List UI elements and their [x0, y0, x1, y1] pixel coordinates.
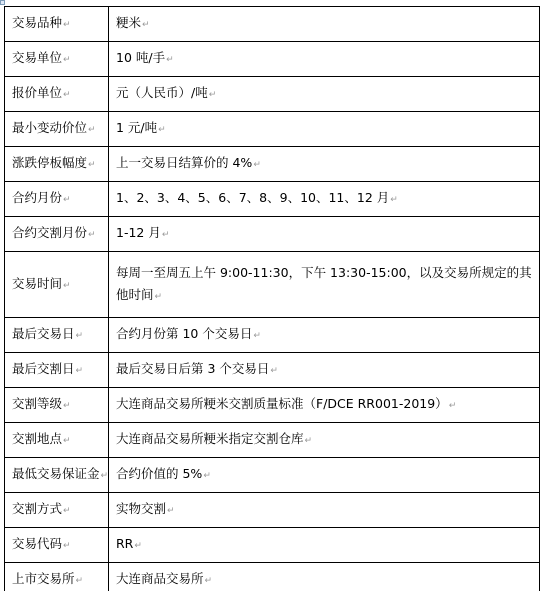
paragraph-mark-icon: ↵	[63, 55, 71, 65]
row-value: 上一交易日结算价的 4%	[116, 155, 252, 170]
row-value-cell: 上一交易日结算价的 4%↵	[109, 147, 540, 182]
table-row: 涨跌停板幅度↵ 上一交易日结算价的 4%↵	[5, 147, 540, 182]
table-row: 合约交割月份↵ 1-12 月↵	[5, 217, 540, 252]
table-row: 交割地点↵ 大连商品交易所粳米指定交割仓库↵	[5, 423, 540, 458]
paragraph-mark-icon: ↵	[88, 125, 96, 135]
paragraph-mark-icon: ↵	[142, 20, 150, 30]
row-label: 交易品种	[12, 15, 62, 30]
paragraph-mark-icon: ↵	[63, 90, 71, 100]
row-label: 交易代码	[12, 536, 62, 551]
paragraph-mark-icon: ↵	[63, 401, 71, 411]
table-row: 交易时间↵ 每周一至周五上午 9:00-11:30，下午 13:30-15:00…	[5, 252, 540, 318]
row-label-cell: 报价单位↵	[5, 77, 109, 112]
row-label-cell: 交易时间↵	[5, 252, 109, 318]
table-row: 最低交易保证金↵ 合约价值的 5%↵	[5, 458, 540, 493]
paragraph-mark-icon: ↵	[101, 471, 109, 481]
row-label: 合约交割月份	[12, 225, 87, 240]
paragraph-mark-icon: ↵	[63, 506, 71, 516]
paragraph-mark-icon: ↵	[253, 160, 261, 170]
table-row: 交易代码↵ RR↵	[5, 528, 540, 563]
paragraph-mark-icon: ↵	[205, 576, 213, 586]
row-label-cell: 最后交割日↵	[5, 353, 109, 388]
paragraph-mark-icon: ↵	[134, 541, 142, 551]
row-value-cell: 合约价值的 5%↵	[109, 458, 540, 493]
row-label: 涨跌停板幅度	[12, 155, 87, 170]
row-label: 交易时间	[12, 276, 62, 291]
row-label: 最后交易日	[12, 326, 75, 341]
row-label-cell: 交割等级↵	[5, 388, 109, 423]
row-label-cell: 合约交割月份↵	[5, 217, 109, 252]
row-value-cell: 1-12 月↵	[109, 217, 540, 252]
row-value: 大连商品交易所	[116, 571, 204, 586]
row-value: RR	[116, 536, 133, 551]
paragraph-mark-icon: ↵	[166, 55, 174, 65]
row-value-cell: 粳米↵	[109, 7, 540, 42]
row-label-cell: 最低交易保证金↵	[5, 458, 109, 493]
paragraph-mark-icon: ↵	[76, 331, 84, 341]
row-label: 上市交易所	[12, 571, 75, 586]
table-row: 交易单位↵ 10 吨/手↵	[5, 42, 540, 77]
row-label-cell: 涨跌停板幅度↵	[5, 147, 109, 182]
row-label-cell: 交易代码↵	[5, 528, 109, 563]
row-label-cell: 上市交易所↵	[5, 563, 109, 591]
row-value-cell: 1、2、3、4、5、6、7、8、9、10、11、12 月↵	[109, 182, 540, 217]
row-value: 大连商品交易所粳米指定交割仓库	[116, 431, 304, 446]
paragraph-mark-icon: ↵	[158, 125, 166, 135]
paragraph-mark-icon: ↵	[390, 195, 398, 205]
row-value: 1 元/吨	[116, 120, 157, 135]
paragraph-mark-icon: ↵	[167, 506, 175, 516]
paragraph-mark-icon: ↵	[155, 292, 163, 302]
paragraph-mark-icon: ↵	[203, 471, 211, 481]
table-row: 报价单位↵ 元（人民币）/吨↵	[5, 77, 540, 112]
paragraph-mark-icon: ↵	[63, 195, 71, 205]
row-value: 10 吨/手	[116, 50, 165, 65]
paragraph-mark-icon: ↵	[63, 436, 71, 446]
row-label: 交割等级	[12, 396, 62, 411]
contract-spec-table: 交易品种↵ 粳米↵ 交易单位↵ 10 吨/手↵ 报价单位↵ 元（人民币）/吨↵ …	[4, 6, 540, 591]
row-value: 最后交易日后第 3 个交易日	[116, 361, 269, 376]
row-label-cell: 交割地点↵	[5, 423, 109, 458]
row-label-cell: 交割方式↵	[5, 493, 109, 528]
row-value-cell: 每周一至周五上午 9:00-11:30，下午 13:30-15:00，以及交易所…	[109, 252, 540, 318]
row-value-cell: 10 吨/手↵	[109, 42, 540, 77]
row-value: 1、2、3、4、5、6、7、8、9、10、11、12 月	[116, 190, 389, 205]
paragraph-mark-icon: ↵	[88, 230, 96, 240]
row-label: 最后交割日	[12, 361, 75, 376]
row-label: 交割方式	[12, 501, 62, 516]
row-value-cell: 最后交易日后第 3 个交易日↵	[109, 353, 540, 388]
table-row: 最后交割日↵ 最后交易日后第 3 个交易日↵	[5, 353, 540, 388]
row-label-cell: 合约月份↵	[5, 182, 109, 217]
table-row: 交割方式↵ 实物交割↵	[5, 493, 540, 528]
paragraph-mark-icon: ↵	[253, 331, 261, 341]
table-row: 上市交易所↵ 大连商品交易所↵	[5, 563, 540, 591]
paragraph-mark-icon: ↵	[88, 160, 96, 170]
table-move-handle-icon[interactable]	[0, 0, 5, 5]
row-value: 粳米	[116, 15, 141, 30]
row-label-cell: 交易品种↵	[5, 7, 109, 42]
row-value-cell: 大连商品交易所↵	[109, 563, 540, 591]
row-value-cell: RR↵	[109, 528, 540, 563]
paragraph-mark-icon: ↵	[449, 401, 457, 411]
row-label: 合约月份	[12, 190, 62, 205]
paragraph-mark-icon: ↵	[305, 436, 313, 446]
row-value-cell: 元（人民币）/吨↵	[109, 77, 540, 112]
row-label: 交易单位	[12, 50, 62, 65]
row-value-cell: 1 元/吨↵	[109, 112, 540, 147]
row-label: 交割地点	[12, 431, 62, 446]
row-value: 实物交割	[116, 501, 166, 516]
paragraph-mark-icon: ↵	[270, 366, 278, 376]
row-value: 合约价值的 5%	[116, 466, 202, 481]
row-label: 最低交易保证金	[12, 466, 100, 481]
row-value-cell: 合约月份第 10 个交易日↵	[109, 318, 540, 353]
row-value: 每周一至周五上午 9:00-11:30，下午 13:30-15:00，以及交易所…	[116, 265, 532, 302]
row-label: 报价单位	[12, 85, 62, 100]
row-value-cell: 大连商品交易所粳米指定交割仓库↵	[109, 423, 540, 458]
row-value-cell: 实物交割↵	[109, 493, 540, 528]
row-value: 合约月份第 10 个交易日	[116, 326, 252, 341]
row-label-cell: 交易单位↵	[5, 42, 109, 77]
paragraph-mark-icon: ↵	[63, 541, 71, 551]
paragraph-mark-icon: ↵	[63, 20, 71, 30]
table-row: 最小变动价位↵ 1 元/吨↵	[5, 112, 540, 147]
table-row: 交易品种↵ 粳米↵	[5, 7, 540, 42]
table-row: 交割等级↵ 大连商品交易所粳米交割质量标准（F/DCE RR001-2019）↵	[5, 388, 540, 423]
row-value: 大连商品交易所粳米交割质量标准（F/DCE RR001-2019）	[116, 396, 448, 411]
row-label: 最小变动价位	[12, 120, 87, 135]
paragraph-mark-icon: ↵	[162, 230, 170, 240]
row-value: 1-12 月	[116, 225, 161, 240]
row-value: 元（人民币）/吨	[116, 85, 208, 100]
row-label-cell: 最后交易日↵	[5, 318, 109, 353]
paragraph-mark-icon: ↵	[209, 90, 217, 100]
table-row: 合约月份↵ 1、2、3、4、5、6、7、8、9、10、11、12 月↵	[5, 182, 540, 217]
paragraph-mark-icon: ↵	[76, 576, 84, 586]
paragraph-mark-icon: ↵	[76, 366, 84, 376]
paragraph-mark-icon: ↵	[63, 281, 71, 291]
table-row: 最后交易日↵ 合约月份第 10 个交易日↵	[5, 318, 540, 353]
row-value-cell: 大连商品交易所粳米交割质量标准（F/DCE RR001-2019）↵	[109, 388, 540, 423]
row-label-cell: 最小变动价位↵	[5, 112, 109, 147]
